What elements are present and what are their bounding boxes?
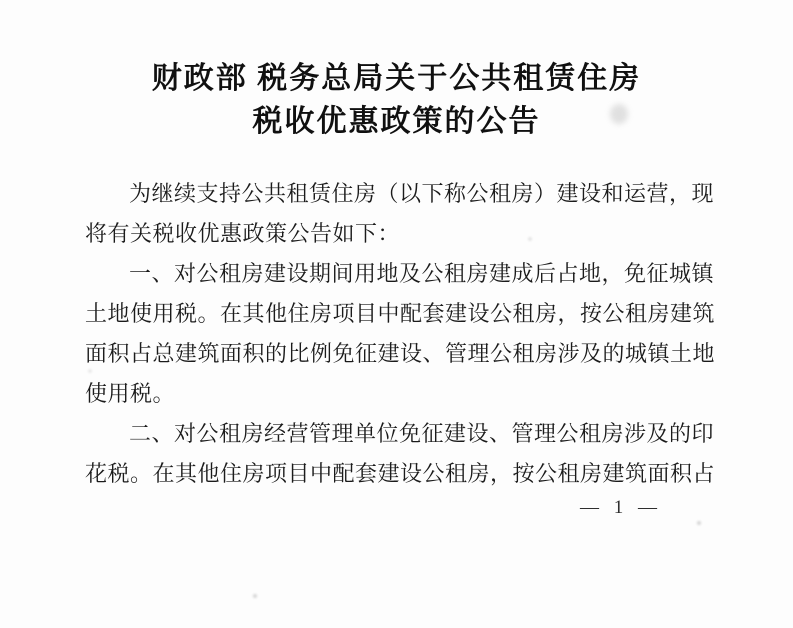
scan-speck — [697, 521, 701, 525]
scan-smudge — [610, 104, 628, 124]
title-line-2: 税收优惠政策的公告 — [40, 100, 753, 143]
body-line: 使用税。 — [85, 374, 700, 414]
document-title: 财政部 税务总局关于公共租赁住房 税收优惠政策的公告 — [40, 57, 753, 143]
body-line: 土地使用税。在其他住房项目中配套建设公租房，按公租房建筑 — [85, 294, 700, 334]
body-line: 一、对公租房建设期间用地及公租房建成后占地，免征城镇 — [85, 254, 700, 294]
body-line: 为继续支持公共租赁住房（以下称公租房）建设和运营，现 — [85, 174, 700, 214]
document-body: 为继续支持公共租赁住房（以下称公租房）建设和运营，现 将有关税收优惠政策公告如下… — [85, 174, 700, 494]
body-line: 将有关税收优惠政策公告如下： — [85, 214, 700, 254]
scan-speck — [88, 369, 92, 373]
scanned-document-page: 财政部 税务总局关于公共租赁住房 税收优惠政策的公告 为继续支持公共租赁住房（以… — [0, 0, 793, 628]
scan-speck — [528, 237, 532, 241]
title-line-1: 财政部 税务总局关于公共租赁住房 — [40, 57, 753, 100]
body-line: 花税。在其他住房项目中配套建设公租房，按公租房建筑面积占 — [85, 454, 700, 494]
body-line: 二、对公租房经营管理单位免征建设、管理公租房涉及的印 — [85, 414, 700, 454]
body-line: 面积占总建筑面积的比例免征建设、管理公租房涉及的城镇土地 — [85, 334, 700, 374]
page-number: — 1 — — [0, 497, 662, 519]
scan-speck — [253, 594, 257, 598]
